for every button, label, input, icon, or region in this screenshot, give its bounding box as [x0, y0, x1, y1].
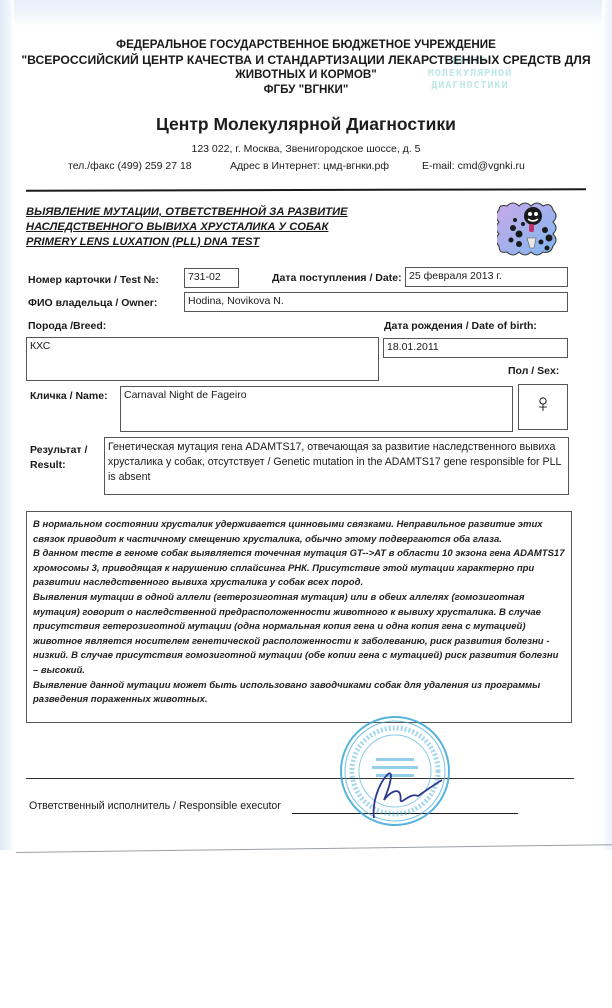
org-header-line-1: ФЕДЕРАЛЬНОЕ ГОСУДАРСТВЕННОЕ БЮДЖЕТНОЕ УЧ…: [0, 38, 612, 51]
info-paragraph: В данном тесте в геноме собак выявляется…: [33, 547, 565, 591]
dob-field: 18.01.2011: [383, 338, 568, 358]
sex-label: Пол / Sex:: [508, 365, 559, 377]
info-paragraph: Выявление данной мутации может быть испо…: [33, 679, 565, 708]
org-header-line-3: ЖИВОТНЫХ И КОРМОВ": [0, 68, 612, 81]
email: E-mail: cmd@vgnki.ru: [422, 160, 525, 172]
owner-field: Hodina, Novikova N.: [184, 292, 568, 312]
name-field: Carnaval Night de Fageiro: [120, 386, 513, 432]
document-title: ВЫЯВЛЕНИЕ МУТАЦИИ, ОТВЕТСТВЕННОЙ ЗА РАЗВ…: [26, 205, 348, 249]
executor-label: Ответственный исполнитель / Responsible …: [29, 800, 281, 812]
breed-label: Порода /Breed:: [28, 320, 106, 332]
org-header-line-2: "ВСЕРОССИЙСКИЙ ЦЕНТР КАЧЕСТВА И СТАНДАРТ…: [0, 53, 612, 67]
address: 123 022, г. Москва, Звенигородское шоссе…: [0, 143, 612, 155]
info-box: В нормальном состоянии хрусталик удержив…: [26, 511, 572, 723]
title-line-2: НАСЛЕДСТВЕННОГО ВЫВИХА ХРУСТАЛИКА У СОБА…: [26, 220, 348, 235]
page-edge: [16, 844, 612, 853]
result-label: Результат / Result:: [30, 443, 87, 473]
result-label-ru: Результат /: [30, 443, 87, 458]
dog-logo-icon: [497, 198, 563, 262]
info-paragraph: В нормальном состоянии хрусталик удержив…: [33, 518, 565, 547]
website: Адрес в Интернет: цмд-вгнки.рф: [230, 160, 389, 172]
owner-label: ФИО владельца / Owner:: [28, 297, 157, 309]
phone: тел./факс (499) 259 27 18: [68, 160, 192, 172]
scan-artifact-top: [0, 0, 612, 28]
test-number-label: Номер карточки / Test №:: [28, 274, 159, 286]
breed-field: КХС: [26, 337, 379, 381]
info-paragraph: Выявления мутации в одной аллели (гетеро…: [33, 591, 565, 679]
test-number-field: 731-02: [184, 268, 239, 288]
female-symbol-icon: ♀: [518, 384, 568, 430]
official-stamp-icon: [338, 714, 452, 828]
name-label: Кличка / Name:: [30, 390, 108, 402]
date-field: 25 февраля 2013 г.: [405, 267, 568, 287]
date-label: Дата поступления / Date:: [272, 272, 402, 284]
title-line-1: ВЫЯВЛЕНИЕ МУТАЦИИ, ОТВЕТСТВЕННОЙ ЗА РАЗВ…: [26, 205, 348, 220]
center-name: Центр Молекулярной Диагностики: [0, 114, 612, 135]
result-label-en: Result:: [30, 458, 87, 473]
header-divider: [26, 188, 586, 191]
org-header-abbrev: ФГБУ "ВГНКИ": [0, 83, 612, 96]
signature-divider: [26, 778, 574, 779]
result-field: Генетическая мутация гена ADAMTS17, отве…: [104, 437, 569, 495]
title-line-3: PRIMERY LENS LUXATION (PLL) DNA TEST: [26, 235, 348, 250]
dob-label: Дата рождения / Date of birth:: [384, 320, 537, 332]
